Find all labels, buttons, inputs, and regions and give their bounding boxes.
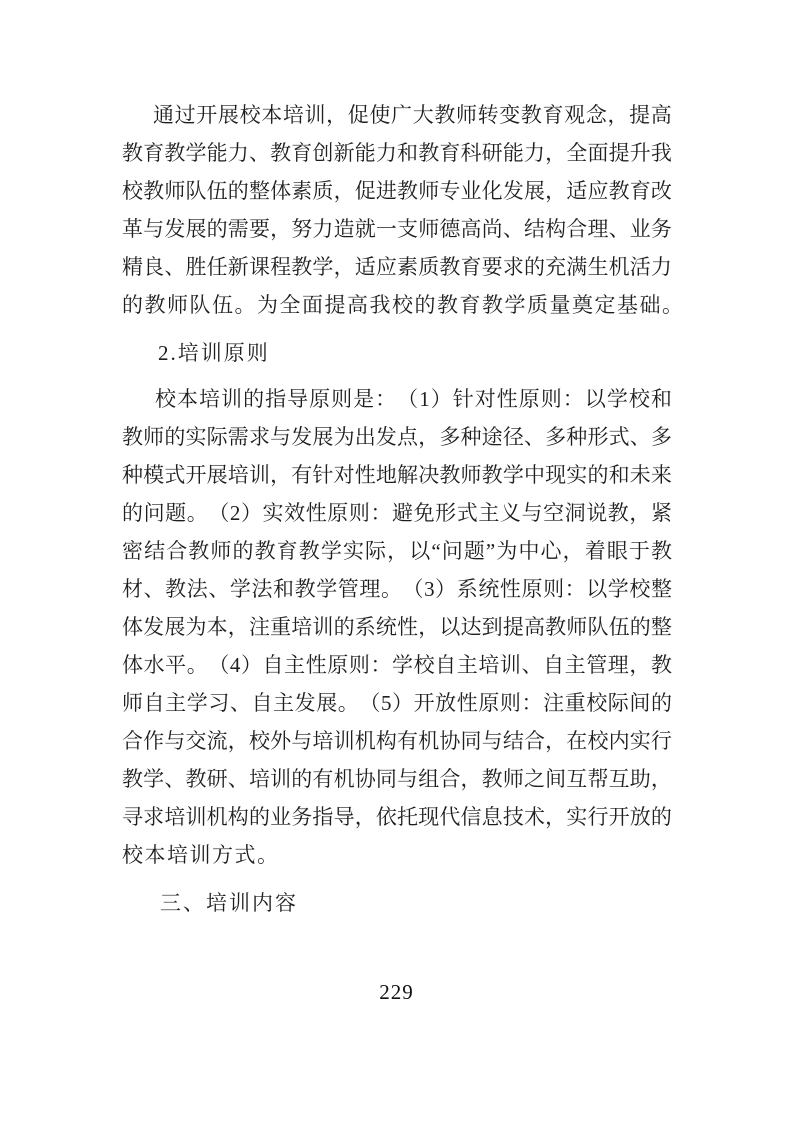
page-body: 通过开展校本培训，促使广大教师转变教育观念，提高教育教学能力、教育创新能力和教育… (122, 96, 672, 922)
text-line: 教学、教研、培训的有机协同与组合，教师之间互帮互助， (122, 760, 672, 798)
text-line: 合作与交流，校外与培训机构有机协同与结合，在校内实行 (122, 722, 672, 760)
text-line: 的问题。（2）实效性原则：避免形式主义与空洞说教，紧 (122, 494, 672, 532)
text-line: 种模式开展培训，有针对性地解决教师教学中现实的和未来 (122, 456, 672, 494)
text-line: 校教师队伍的整体素质，促进教师专业化发展，适应教育改 (122, 172, 672, 210)
text-line: 教育教学能力、教育创新能力和教育科研能力，全面提升我 (122, 134, 672, 172)
text-line: 体水平。（4）自主性原则：学校自主培训、自主管理，教 (122, 646, 672, 684)
text-line: 精良、胜任新课程教学，适应素质教育要求的充满生机活力 (122, 248, 672, 286)
text-line: 校本培训的指导原则是：（1）针对性原则：以学校和 (122, 380, 672, 418)
text-line: 教师的实际需求与发展为出发点，多种途径、多种形式、多 (122, 418, 672, 456)
heading-training-principles: 2.培训原则 (122, 334, 672, 372)
text-line: 校本培训方式。 (122, 836, 672, 874)
paragraph-training-principles: 校本培训的指导原则是：（1）针对性原则：以学校和教师的实际需求与发展为出发点，多… (122, 380, 672, 874)
text-line: 师自主学习、自主发展。（5）开放性原则：注重校际间的 (122, 684, 672, 722)
text-line: 寻求培训机构的业务指导，依托现代信息技术，实行开放的 (122, 798, 672, 836)
text-line: 材、教法、学法和教学管理。（3）系统性原则：以学校整 (122, 570, 672, 608)
text-line: 体发展为本，注重培训的系统性，以达到提高教师队伍的整 (122, 608, 672, 646)
document-page: 通过开展校本培训，促使广大教师转变教育观念，提高教育教学能力、教育创新能力和教育… (0, 0, 793, 1122)
paragraph-training-purpose: 通过开展校本培训，促使广大教师转变教育观念，提高教育教学能力、教育创新能力和教育… (122, 96, 672, 324)
text-line: 通过开展校本培训，促使广大教师转变教育观念，提高 (122, 96, 672, 134)
text-line: 的教师队伍。为全面提高我校的教育教学质量奠定基础。 (122, 286, 672, 324)
section-heading-training-content: 三、培训内容 (122, 884, 672, 922)
page-number: 229 (0, 980, 793, 1005)
text-line: 密结合教师的教育教学实际，以“问题”为中心，着眼于教 (122, 532, 672, 570)
text-line: 革与发展的需要，努力造就一支师德高尚、结构合理、业务 (122, 210, 672, 248)
